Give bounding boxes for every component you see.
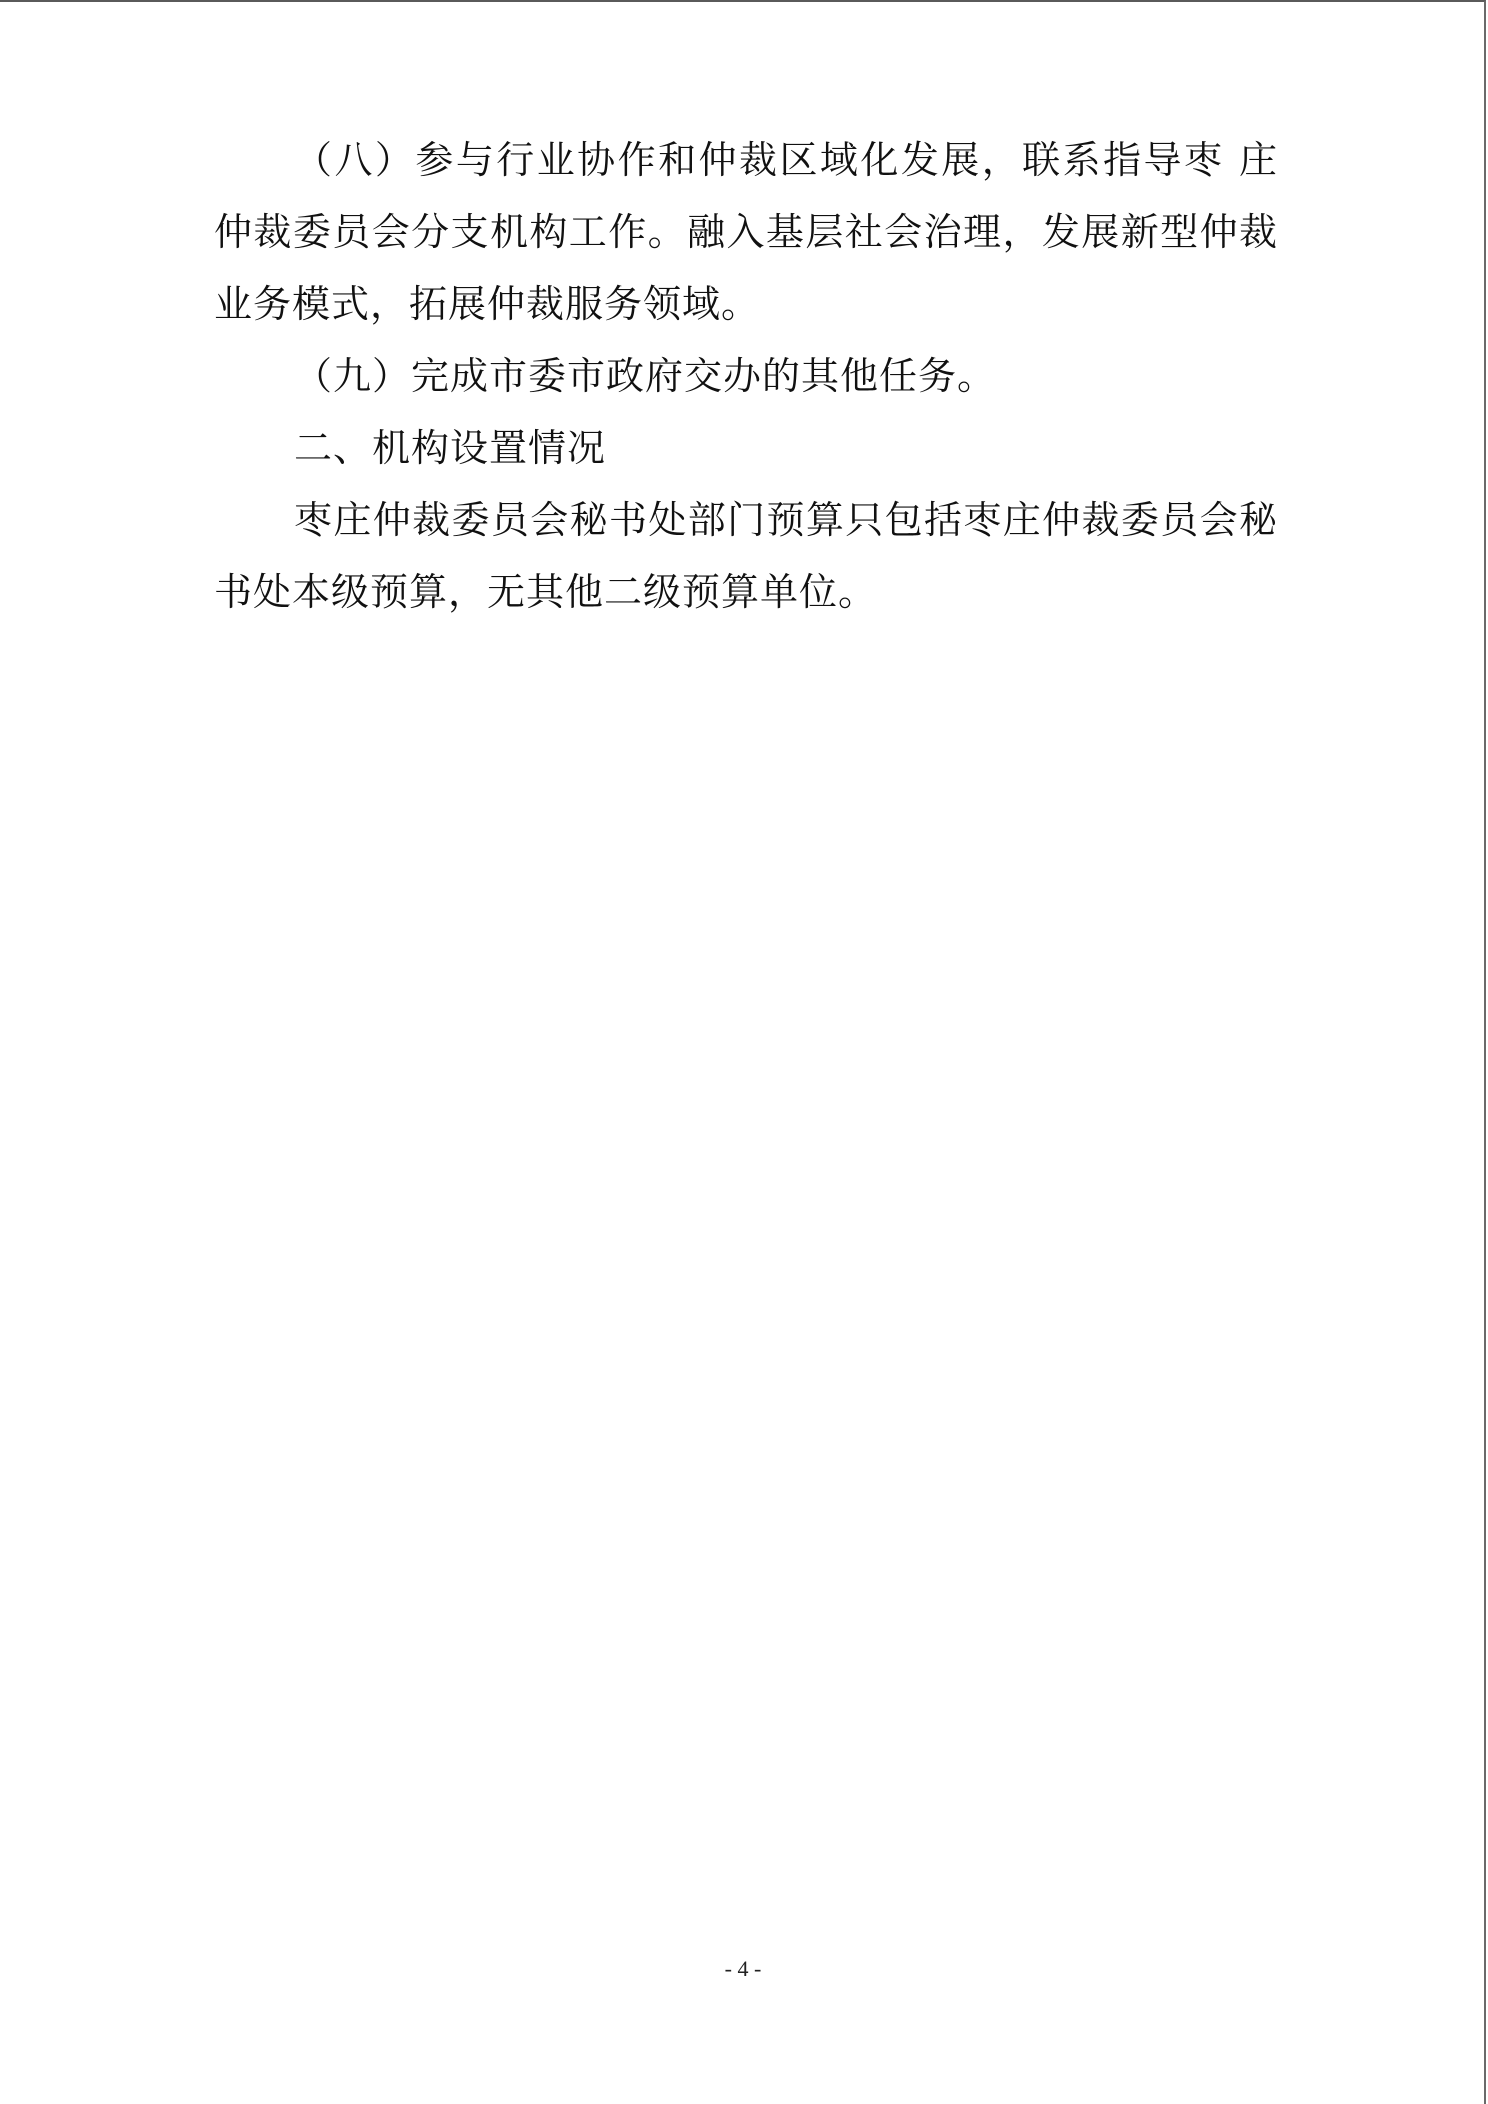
section-heading-organization: 二、机构设置情况 bbox=[214, 412, 1278, 484]
paragraph-organization-body: 枣庄仲裁委员会秘书处部门预算只包括枣庄仲裁委员会秘书处本级预算，无其他二级预算单… bbox=[214, 484, 1278, 628]
paragraph-item-8: （八）参与行业协作和仲裁区域化发展，联系指导枣 庄仲裁委员会分支机构工作。融入基… bbox=[214, 124, 1278, 340]
paragraph-item-9: （九）完成市委市政府交办的其他任务。 bbox=[214, 340, 1278, 412]
document-page: （八）参与行业协作和仲裁区域化发展，联系指导枣 庄仲裁委员会分支机构工作。融入基… bbox=[0, 0, 1486, 2104]
page-number: - 4 - bbox=[0, 1956, 1486, 1982]
page-body: （八）参与行业协作和仲裁区域化发展，联系指导枣 庄仲裁委员会分支机构工作。融入基… bbox=[214, 124, 1278, 628]
